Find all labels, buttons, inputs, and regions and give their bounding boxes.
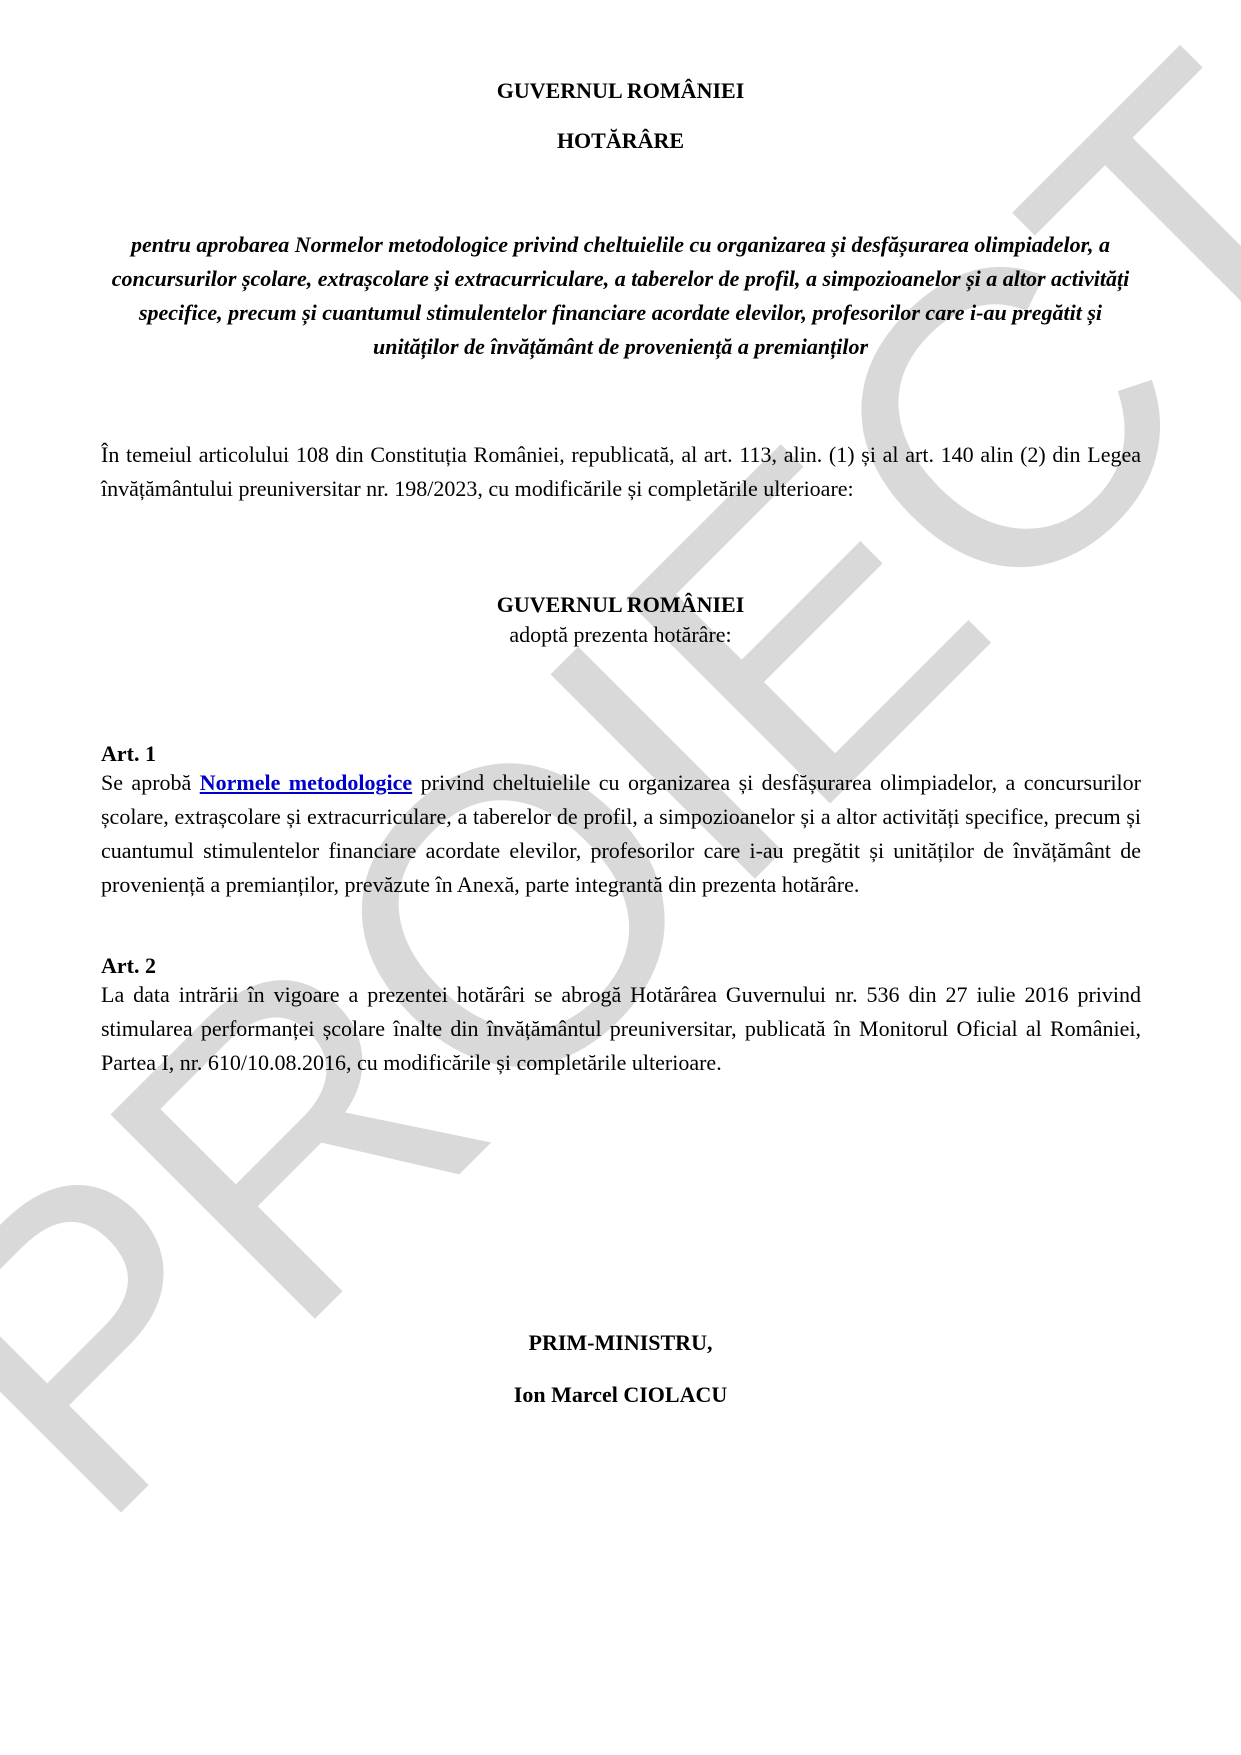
article-1-body: Se aprobă Normele metodologice privind c… xyxy=(101,766,1141,902)
article-1-title: Art. 1 xyxy=(101,741,156,767)
preamble: În temeiul articolului 108 din Constituț… xyxy=(101,438,1141,506)
article-2-body: La data intrării în vigoare a prezentei … xyxy=(101,978,1141,1080)
header-government: GUVERNUL ROMÂNIEI xyxy=(0,78,1241,104)
adoption-text: adoptă prezenta hotărâre: xyxy=(0,622,1241,648)
article-1-prefix: Se aprobă xyxy=(101,770,200,795)
signature-role: PRIM-MINISTRU, xyxy=(0,1330,1241,1356)
normele-metodologice-link[interactable]: Normele metodologice xyxy=(200,770,412,795)
adoption-government: GUVERNUL ROMÂNIEI xyxy=(0,592,1241,618)
article-2-title: Art. 2 xyxy=(101,953,156,979)
header-doc-type: HOTĂRÂRE xyxy=(0,128,1241,154)
document-page: GUVERNUL ROMÂNIEI HOTĂRÂRE pentru aproba… xyxy=(0,0,1241,1755)
signature-name: Ion Marcel CIOLACU xyxy=(0,1382,1241,1408)
decision-title: pentru aprobarea Normelor metodologice p… xyxy=(100,228,1141,364)
